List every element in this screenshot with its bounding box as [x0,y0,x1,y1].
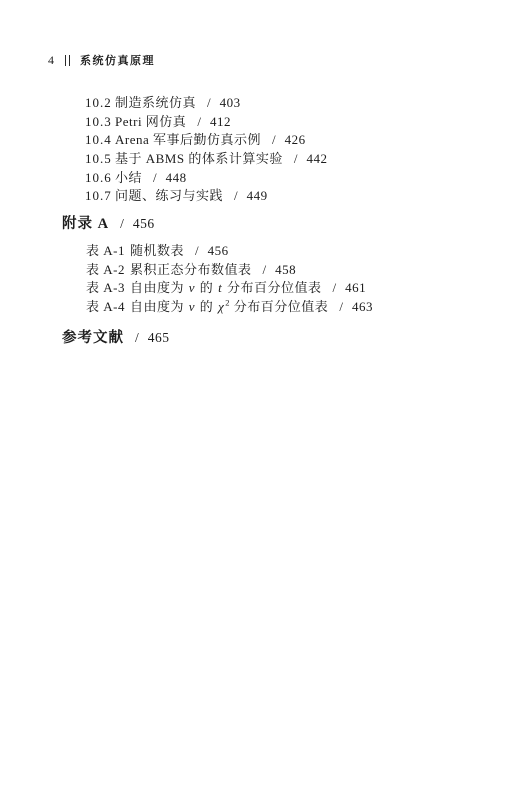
toc-separator: / [135,330,139,345]
table-label: 表 A-3 [86,279,130,298]
toc-entry-title: 基于 ABMS 的体系计算实验 [115,151,283,166]
toc-entry: 10.7问题、练习与实践/449 [85,187,327,206]
toc-separator: / [197,114,201,129]
table-title: 随机数表 [130,243,184,258]
toc-entry-page: 442 [306,151,327,166]
appendix-table-entry: 表 A-3自由度为 v 的 t 分布百分位值表/461 [86,279,373,298]
chi-square-exponent: 2 [225,298,230,308]
toc-entry-number: 10.6 [85,169,115,188]
toc-separator: / [120,216,124,231]
book-title: 系统仿真原理 [80,52,155,68]
toc-separator: / [195,243,199,258]
table-title: 自由度为 v 的 χ2 分布百分位值表 [130,299,328,314]
toc-separator: / [294,151,298,166]
table-title-text: 的 [200,280,214,295]
toc-separator: / [153,170,157,185]
running-header: 4 系统仿真原理 [48,53,155,67]
toc-separator: / [263,262,267,277]
table-page: 461 [345,280,366,295]
table-page: 458 [275,262,296,277]
toc-separator: / [207,95,211,110]
table-title-text: 自由度为 [130,280,184,295]
table-title: 累积正态分布数值表 [130,262,252,277]
toc-separator: / [272,132,276,147]
table-title-text: 分布百分位值表 [227,280,322,295]
toc-entry-page: 449 [247,188,268,203]
table-label: 表 A-4 [86,298,130,317]
toc-entry-page: 448 [166,170,187,185]
toc-entry: 10.3Petri 网仿真/412 [85,113,327,132]
appendix-table-entry: 表 A-2累积正态分布数值表/458 [86,261,373,280]
toc-entry: 10.6小结/448 [85,169,327,188]
table-title-text: 分布百分位值表 [234,299,329,314]
table-title-text: 自由度为 [130,299,184,314]
appendix-table-entry: 表 A-4自由度为 v 的 χ2 分布百分位值表/463 [86,298,373,317]
table-title: 自由度为 v 的 t 分布百分位值表 [130,280,321,295]
double-vertical-bar-icon [65,55,70,66]
references-label: 参考文献 [62,330,124,346]
table-page: 463 [352,299,373,314]
toc-entry-number: 10.3 [85,113,115,132]
toc-entry-number: 10.4 [85,131,115,150]
references-page: 465 [148,330,170,345]
toc-entry: 10.2制造系统仿真/403 [85,94,327,113]
appendix-label: 附录 A [62,216,109,232]
toc-entry-page: 412 [210,114,231,129]
table-title-text: 的 [200,299,214,314]
toc-separator: / [234,188,238,203]
toc-entry-page: 403 [220,95,241,110]
toc-entry-title: 制造系统仿真 [115,95,196,110]
toc-entry-title: Petri 网仿真 [115,114,186,129]
references-heading: 参考文献/465 [62,329,170,346]
math-variable-v: v [188,280,196,295]
table-label: 表 A-1 [86,242,130,261]
math-variable-t: t [217,280,223,295]
table-page: 456 [208,243,229,258]
toc-separator: / [339,299,343,314]
page-number: 4 [48,53,54,68]
toc-entry-number: 10.7 [85,187,115,206]
appendix-heading: 附录 A/456 [62,215,155,232]
toc-entry-page: 426 [285,132,306,147]
toc-entry-number: 10.5 [85,150,115,169]
appendix-table-list: 表 A-1随机数表/456 表 A-2累积正态分布数值表/458 表 A-3自由… [86,242,373,317]
toc-entry: 10.5基于 ABMS 的体系计算实验/442 [85,150,327,169]
toc-entry-title: Arena 军事后勤仿真示例 [115,132,261,147]
table-label: 表 A-2 [86,261,130,280]
toc-section-list: 10.2制造系统仿真/403 10.3Petri 网仿真/412 10.4Are… [85,94,327,206]
toc-entry-title: 小结 [115,170,142,185]
appendix-page: 456 [133,216,155,231]
math-variable-v: v [188,299,196,314]
appendix-table-entry: 表 A-1随机数表/456 [86,242,373,261]
toc-entry: 10.4Arena 军事后勤仿真示例/426 [85,131,327,150]
book-toc-page: 4 系统仿真原理 10.2制造系统仿真/403 10.3Petri 网仿真/41… [0,0,510,800]
toc-entry-title: 问题、练习与实践 [115,188,223,203]
toc-entry-number: 10.2 [85,94,115,113]
toc-separator: / [332,280,336,295]
